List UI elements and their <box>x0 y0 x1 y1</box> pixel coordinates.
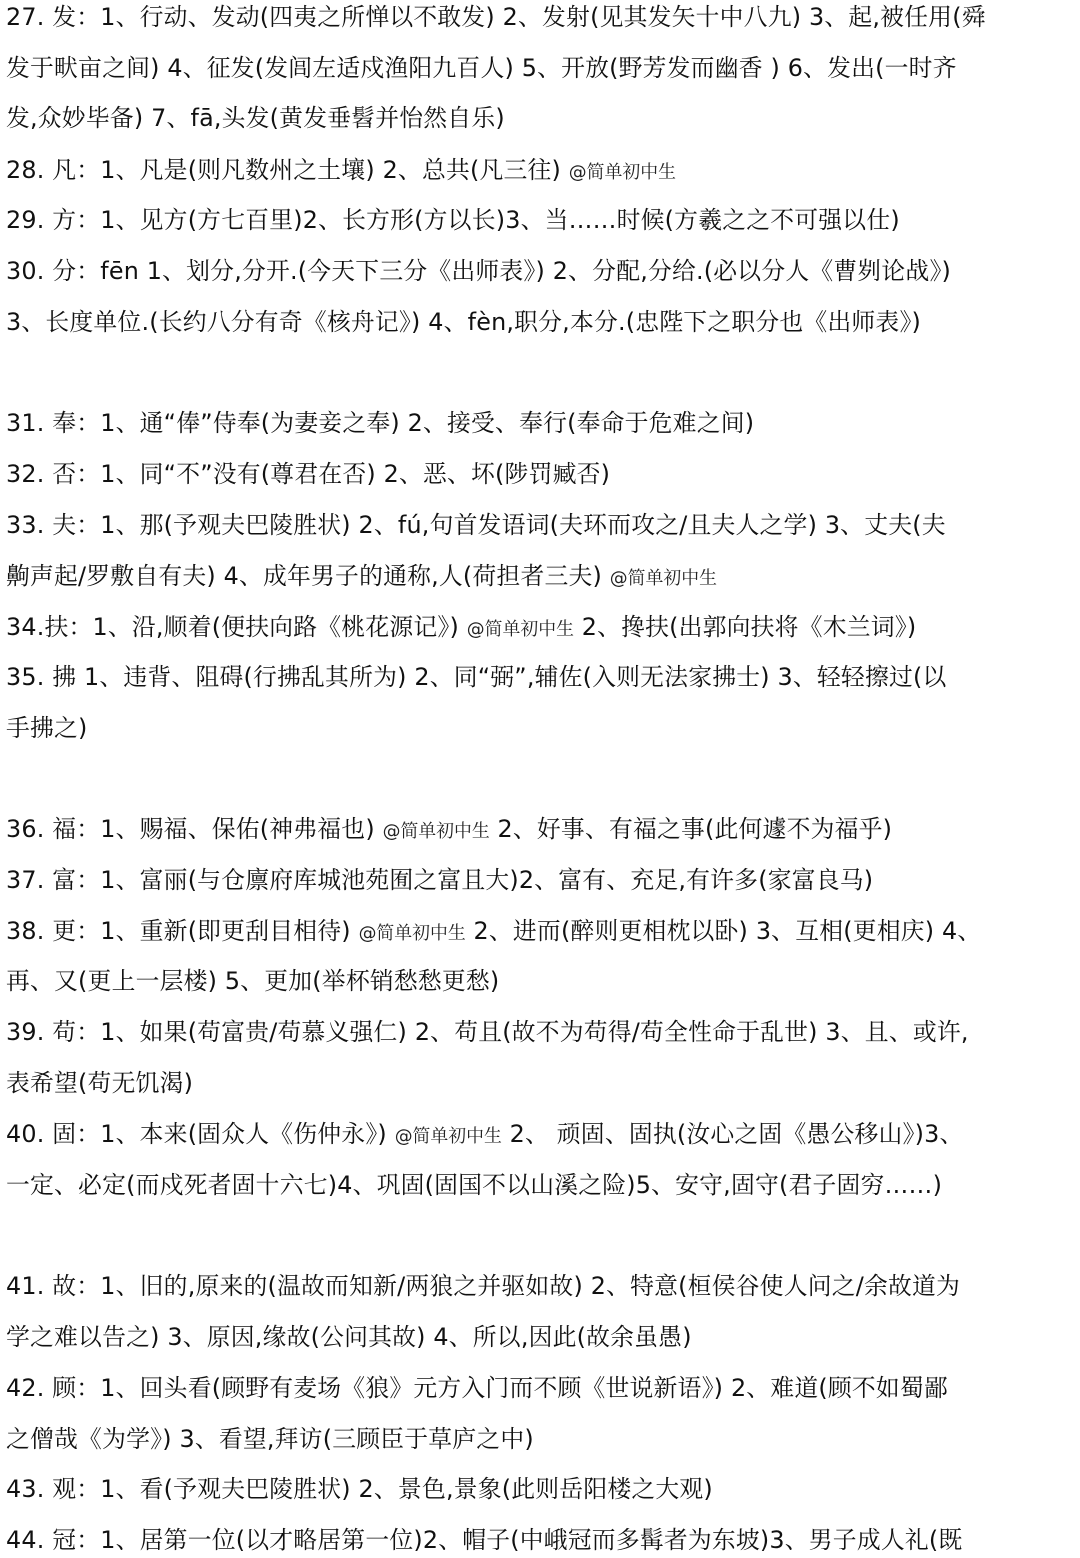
text-line: 齁声起/罗敷自有夫) 4、成年男子的通称,人(荷担者三夫) @简单初中生 <box>6 556 1068 596</box>
text-line: 41. 故：1、旧的,原来的(温故而知新/两狼之并驱如故) 2、特意(桓侯谷使人… <box>6 1266 1068 1306</box>
text-line: 3、长度单位.(长约八分有奇《核舟记》) 4、fèn,职分,本分.(忠陛下之职分… <box>6 302 1068 342</box>
text-line: 29. 方：1、见方(方七百里)2、长方形(方以长)3、当……时候(方羲之之不可… <box>6 200 1068 240</box>
text-line: 35. 拂 1、违背、阻碍(行拂乱其所为) 2、同“弼”,辅佐(入则无法家拂士)… <box>6 657 1068 697</box>
text-line: 27. 发：1、行动、发动(四夷之所惮以不敢发) 2、发射(见其发矢十中八九) … <box>6 0 1068 37</box>
text-line: 之僧哉《为学》) 3、看望,拜访(三顾臣于草庐之中) <box>6 1419 1068 1459</box>
entry-text: 37. 富：1、富丽(与仓廪府库城池苑囿之富且大)2、富有、充足,有许多(家富良… <box>6 866 873 894</box>
entry-text: 30. 分：fēn 1、划分,分开.(今天下三分《出师表》) 2、分配,分给.(… <box>6 257 951 285</box>
text-line: 40. 固：1、本来(固众人《伤仲永》) @简单初中生 2、 顽固、固执(汝心之… <box>6 1114 1068 1154</box>
watermark-text: @简单初中生 <box>467 619 574 640</box>
entry-text: 36. 福：1、赐福、保佑(神弗福也) <box>6 815 383 843</box>
watermark-text: @简单初中生 <box>395 1126 502 1147</box>
text-line: 33. 夫：1、那(予观夫巴陵胜状) 2、fú,句首发语词(夫环而攻之/且夫人之… <box>6 505 1068 545</box>
text-line: 发,众妙毕备) 7、fā,头发(黄发垂髫并怡然自乐) <box>6 98 1068 138</box>
watermark-text: @简单初中生 <box>610 568 717 589</box>
entry-text: 发于畎亩之间) 4、征发(发闾左适戍渔阳九百人) 5、开放(野芳发而幽香 ) 6… <box>6 54 957 82</box>
text-line: 学之难以告之) 3、原因,缘故(公问其故) 4、所以,因此(故余虽愚) <box>6 1317 1068 1357</box>
entry-text: 39. 苟：1、如果(苟富贵/苟慕义强仁) 2、苟且(故不为苟得/苟全性命于乱世… <box>6 1018 969 1046</box>
entry-text: 29. 方：1、见方(方七百里)2、长方形(方以长)3、当……时候(方羲之之不可… <box>6 206 900 234</box>
document-page: 27. 发：1、行动、发动(四夷之所惮以不敢发) 2、发射(见其发矢十中八九) … <box>0 0 1080 1558</box>
entry-text: 32. 否：1、同“不”没有(尊君在否) 2、恶、坏(陟罚臧否) <box>6 460 610 488</box>
text-line: 37. 富：1、富丽(与仓廪府库城池苑囿之富且大)2、富有、充足,有许多(家富良… <box>6 860 1068 900</box>
entry-text: 41. 故：1、旧的,原来的(温故而知新/两狼之并驱如故) 2、特意(桓侯谷使人… <box>6 1272 960 1300</box>
entry-text: 之僧哉《为学》) 3、看望,拜访(三顾臣于草庐之中) <box>6 1425 534 1453</box>
entry-text: 2、搀扶(出郭向扶将《木兰词》) <box>574 613 916 641</box>
text-line: 28. 凡：1、凡是(则凡数州之土壤) 2、总共(凡三往) @简单初中生 <box>6 150 1068 190</box>
entry-text: 2、 顽固、固执(汝心之固《愚公移山》)3、 <box>502 1120 964 1148</box>
watermark-text: @简单初中生 <box>383 821 490 842</box>
entry-text: 一定、必定(而戍死者固十六七)4、巩固(固国不以山溪之险)5、安守,固守(君子固… <box>6 1171 942 1199</box>
text-line: 36. 福：1、赐福、保佑(神弗福也) @简单初中生 2、好事、有福之事(此何遽… <box>6 809 1068 849</box>
entry-text: 齁声起/罗敷自有夫) 4、成年男子的通称,人(荷担者三夫) <box>6 562 610 590</box>
entry-text: 2、进而(醉则更相枕以卧) 3、互相(更相庆) 4、 <box>466 917 982 945</box>
entry-text: 40. 固：1、本来(固众人《伤仲永》) <box>6 1120 395 1148</box>
text-line: 39. 苟：1、如果(苟富贵/苟慕义强仁) 2、苟且(故不为苟得/苟全性命于乱世… <box>6 1012 1068 1052</box>
entry-text: 33. 夫：1、那(予观夫巴陵胜状) 2、fú,句首发语词(夫环而攻之/且夫人之… <box>6 511 946 539</box>
text-line: 31. 奉：1、通“俸”侍奉(为妻妾之奉) 2、接受、奉行(奉命于危难之间) <box>6 403 1068 443</box>
text-line: 32. 否：1、同“不”没有(尊君在否) 2、恶、坏(陟罚臧否) <box>6 454 1068 494</box>
entry-text: 手拂之) <box>6 714 88 742</box>
text-line: 再、又(更上一层楼) 5、更加(举杯销愁愁更愁) <box>6 961 1068 1001</box>
entry-text: 学之难以告之) 3、原因,缘故(公问其故) 4、所以,因此(故余虽愚) <box>6 1323 692 1351</box>
entry-text: 3、长度单位.(长约八分有奇《核舟记》) 4、fèn,职分,本分.(忠陛下之职分… <box>6 308 921 336</box>
entry-text: 34.扶：1、沿,顺着(便扶向路《桃花源记》) <box>6 613 467 641</box>
text-line: 43. 观：1、看(予观夫巴陵胜状) 2、景色,景象(此则岳阳楼之大观) <box>6 1469 1068 1509</box>
entry-text: 2、好事、有福之事(此何遽不为福乎) <box>490 815 892 843</box>
entry-text: 42. 顾：1、回头看(顾野有麦场《狼》元方入门而不顾《世说新语》) 2、难道(… <box>6 1374 948 1402</box>
text-line: 发于畎亩之间) 4、征发(发闾左适戍渔阳九百人) 5、开放(野芳发而幽香 ) 6… <box>6 48 1068 88</box>
entry-text: 44. 冠：1、居第一位(以才略居第一位)2、帽子(中峨冠而多髯者为东坡)3、男… <box>6 1526 962 1554</box>
text-line: 42. 顾：1、回头看(顾野有麦场《狼》元方入门而不顾《世说新语》) 2、难道(… <box>6 1368 1068 1408</box>
entry-text: 27. 发：1、行动、发动(四夷之所惮以不敢发) 2、发射(见其发矢十中八九) … <box>6 3 986 31</box>
entry-text: 43. 观：1、看(予观夫巴陵胜状) 2、景色,景象(此则岳阳楼之大观) <box>6 1475 713 1503</box>
text-line: 一定、必定(而戍死者固十六七)4、巩固(固国不以山溪之险)5、安守,固守(君子固… <box>6 1165 1068 1205</box>
entry-text: 38. 更：1、重新(即更刮目相待) <box>6 917 359 945</box>
entry-text: 31. 奉：1、通“俸”侍奉(为妻妾之奉) 2、接受、奉行(奉命于危难之间) <box>6 409 754 437</box>
text-line: 34.扶：1、沿,顺着(便扶向路《桃花源记》) @简单初中生 2、搀扶(出郭向扶… <box>6 607 1068 647</box>
entry-text: 发,众妙毕备) 7、fā,头发(黄发垂髫并怡然自乐) <box>6 104 505 132</box>
text-line: 30. 分：fēn 1、划分,分开.(今天下三分《出师表》) 2、分配,分给.(… <box>6 251 1068 291</box>
watermark-text: @简单初中生 <box>569 162 676 183</box>
watermark-text: @简单初中生 <box>359 923 466 944</box>
text-line: 手拂之) <box>6 708 1068 748</box>
entry-text: 再、又(更上一层楼) 5、更加(举杯销愁愁更愁) <box>6 967 499 995</box>
text-line: 44. 冠：1、居第一位(以才略居第一位)2、帽子(中峨冠而多髯者为东坡)3、男… <box>6 1520 1068 1558</box>
text-line: 表希望(苟无饥渴) <box>6 1063 1068 1103</box>
entry-text: 28. 凡：1、凡是(则凡数州之土壤) 2、总共(凡三往) <box>6 156 569 184</box>
entry-text: 表希望(苟无饥渴) <box>6 1069 193 1097</box>
text-line: 38. 更：1、重新(即更刮目相待) @简单初中生 2、进而(醉则更相枕以卧) … <box>6 911 1068 951</box>
entry-text: 35. 拂 1、违背、阻碍(行拂乱其所为) 2、同“弼”,辅佐(入则无法家拂士)… <box>6 663 947 691</box>
